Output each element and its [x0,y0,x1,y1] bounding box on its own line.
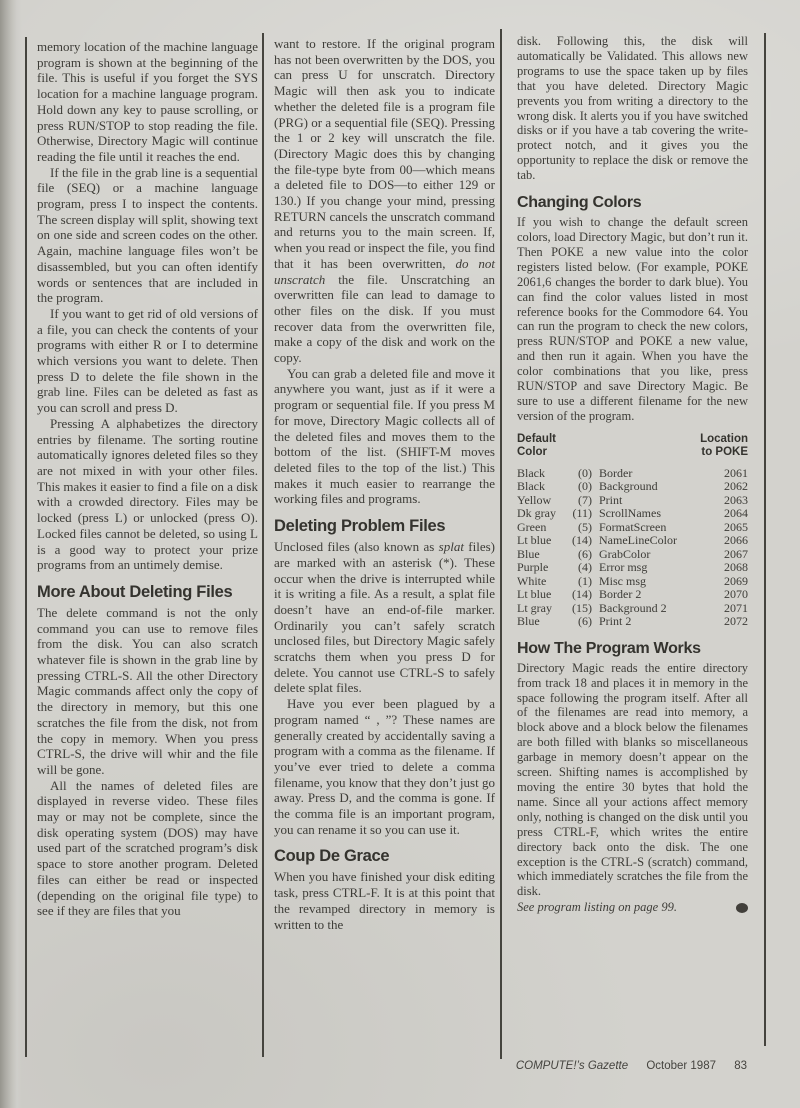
color-code-cell: (0) [569,467,599,481]
register-name-cell: Error msg [599,561,708,575]
register-name-cell: Border [599,467,708,481]
register-name-cell: Misc msg [599,575,708,589]
poke-table-row: Black (0) Background 2062 [517,480,748,494]
paragraph: Pressing A alphabetizes the directory en… [37,416,258,573]
poke-location-cell: 2066 [708,534,748,548]
page-footer: COMPUTE!’s Gazette October 1987 83 [516,1060,747,1072]
default-color-cell: Purple [517,561,569,575]
column-rule-1-2 [262,33,264,1057]
section-heading-changing-colors: Changing Colors [517,193,748,212]
column-rule-2-3 [500,29,502,1059]
table-header-location-to-poke: Location to POKE [700,433,748,460]
default-color-cell: Blue [517,548,569,562]
see-listing-text: See program listing on page 99. [517,900,677,915]
column-right: disk. Following this, the disk will auto… [517,34,748,915]
register-name-cell: Background 2 [599,602,708,616]
color-code-cell: (0) [569,480,599,494]
column-middle: want to restore. If the original program… [274,36,495,932]
poke-table-row: White (1) Misc msg 2069 [517,575,748,589]
color-poke-table: Default Color Location to POKE Black (0)… [517,433,748,629]
end-of-article-marker [736,903,748,913]
see-listing-line: See program listing on page 99. [517,900,748,915]
paragraph: The delete command is not the only comma… [37,605,258,778]
color-code-cell: (6) [569,548,599,562]
poke-table-row: Blue (6) Print 2 2072 [517,615,748,629]
poke-location-cell: 2063 [708,494,748,508]
paragraph: memory location of the machine language … [37,39,258,165]
poke-table-row: Green (5) FormatScreen 2065 [517,521,748,535]
paragraph: Unclosed files (also known as splat file… [274,539,495,696]
default-color-cell: Yellow [517,494,569,508]
poke-table-row: Lt blue (14) NameLineColor 2066 [517,534,748,548]
paragraph: If you wish to change the default screen… [517,215,748,424]
default-color-cell: Lt gray [517,602,569,616]
color-code-cell: (1) [569,575,599,589]
poke-location-cell: 2064 [708,507,748,521]
italic-phrase: splat [439,539,464,554]
register-name-cell: FormatScreen [599,521,708,535]
column-left: memory location of the machine language … [37,39,258,919]
color-code-cell: (7) [569,494,599,508]
poke-table-row: Blue (6) GrabColor 2067 [517,548,748,562]
paragraph: want to restore. If the original program… [274,36,495,366]
table-header-default-color: Default Color [517,433,556,460]
register-name-cell: NameLineColor [599,534,708,548]
color-code-cell: (14) [569,588,599,602]
default-color-cell: Blue [517,615,569,629]
poke-location-cell: 2068 [708,561,748,575]
poke-location-cell: 2067 [708,548,748,562]
page-number: 83 [734,1060,747,1072]
paragraph: disk. Following this, the disk will auto… [517,34,748,183]
default-color-cell: Lt blue [517,534,569,548]
register-name-cell: GrabColor [599,548,708,562]
color-code-cell: (11) [569,507,599,521]
poke-location-cell: 2062 [708,480,748,494]
poke-table-row: Yellow (7) Print 2063 [517,494,748,508]
color-poke-table-header: Default Color Location to POKE [517,433,748,460]
poke-table-body: Black (0) Border 2061 Black (0) Backgrou… [517,467,748,629]
magazine-page: memory location of the machine language … [0,0,800,1108]
default-color-cell: Black [517,467,569,481]
column-rule-far-right [764,33,766,1046]
color-code-cell: (5) [569,521,599,535]
default-color-cell: White [517,575,569,589]
column-rule-far-left [25,37,27,1057]
register-name-cell: Background [599,480,708,494]
section-heading-how-the-program-works: How The Program Works [517,639,748,658]
poke-location-cell: 2069 [708,575,748,589]
register-name-cell: Print 2 [599,615,708,629]
paragraph: All the names of deleted files are displ… [37,778,258,919]
section-heading-more-about-deleting-files: More About Deleting Files [37,583,258,602]
poke-table-row: Lt blue (14) Border 2 2070 [517,588,748,602]
poke-location-cell: 2070 [708,588,748,602]
color-code-cell: (6) [569,615,599,629]
default-color-cell: Black [517,480,569,494]
issue-date: October 1987 [646,1060,716,1072]
paragraph: If you want to get rid of old versions o… [37,306,258,416]
section-heading-coup-de-grace: Coup De Grace [274,847,495,866]
default-color-cell: Dk gray [517,507,569,521]
magazine-name: COMPUTE!’s Gazette [516,1060,628,1072]
poke-location-cell: 2061 [708,467,748,481]
default-color-cell: Green [517,521,569,535]
register-name-cell: Print [599,494,708,508]
register-name-cell: ScrollNames [599,507,708,521]
color-code-cell: (14) [569,534,599,548]
paragraph: Have you ever been plagued by a program … [274,696,495,837]
color-code-cell: (4) [569,561,599,575]
poke-table-row: Black (0) Border 2061 [517,467,748,481]
default-color-cell: Lt blue [517,588,569,602]
paragraph: You can grab a deleted file and move it … [274,366,495,507]
poke-location-cell: 2065 [708,521,748,535]
poke-table-row: Dk gray (11) ScrollNames 2064 [517,507,748,521]
poke-location-cell: 2072 [708,615,748,629]
paragraph: When you have finished your disk editing… [274,869,495,932]
section-heading-deleting-problem-files: Deleting Problem Files [274,517,495,536]
color-code-cell: (15) [569,602,599,616]
poke-table-row: Lt gray (15) Background 2 2071 [517,602,748,616]
poke-table-row: Purple (4) Error msg 2068 [517,561,748,575]
poke-location-cell: 2071 [708,602,748,616]
page-edge-shadow [0,0,22,1108]
paragraph: If the file in the grab line is a sequen… [37,165,258,306]
paragraph: Directory Magic reads the entire directo… [517,661,748,900]
register-name-cell: Border 2 [599,588,708,602]
